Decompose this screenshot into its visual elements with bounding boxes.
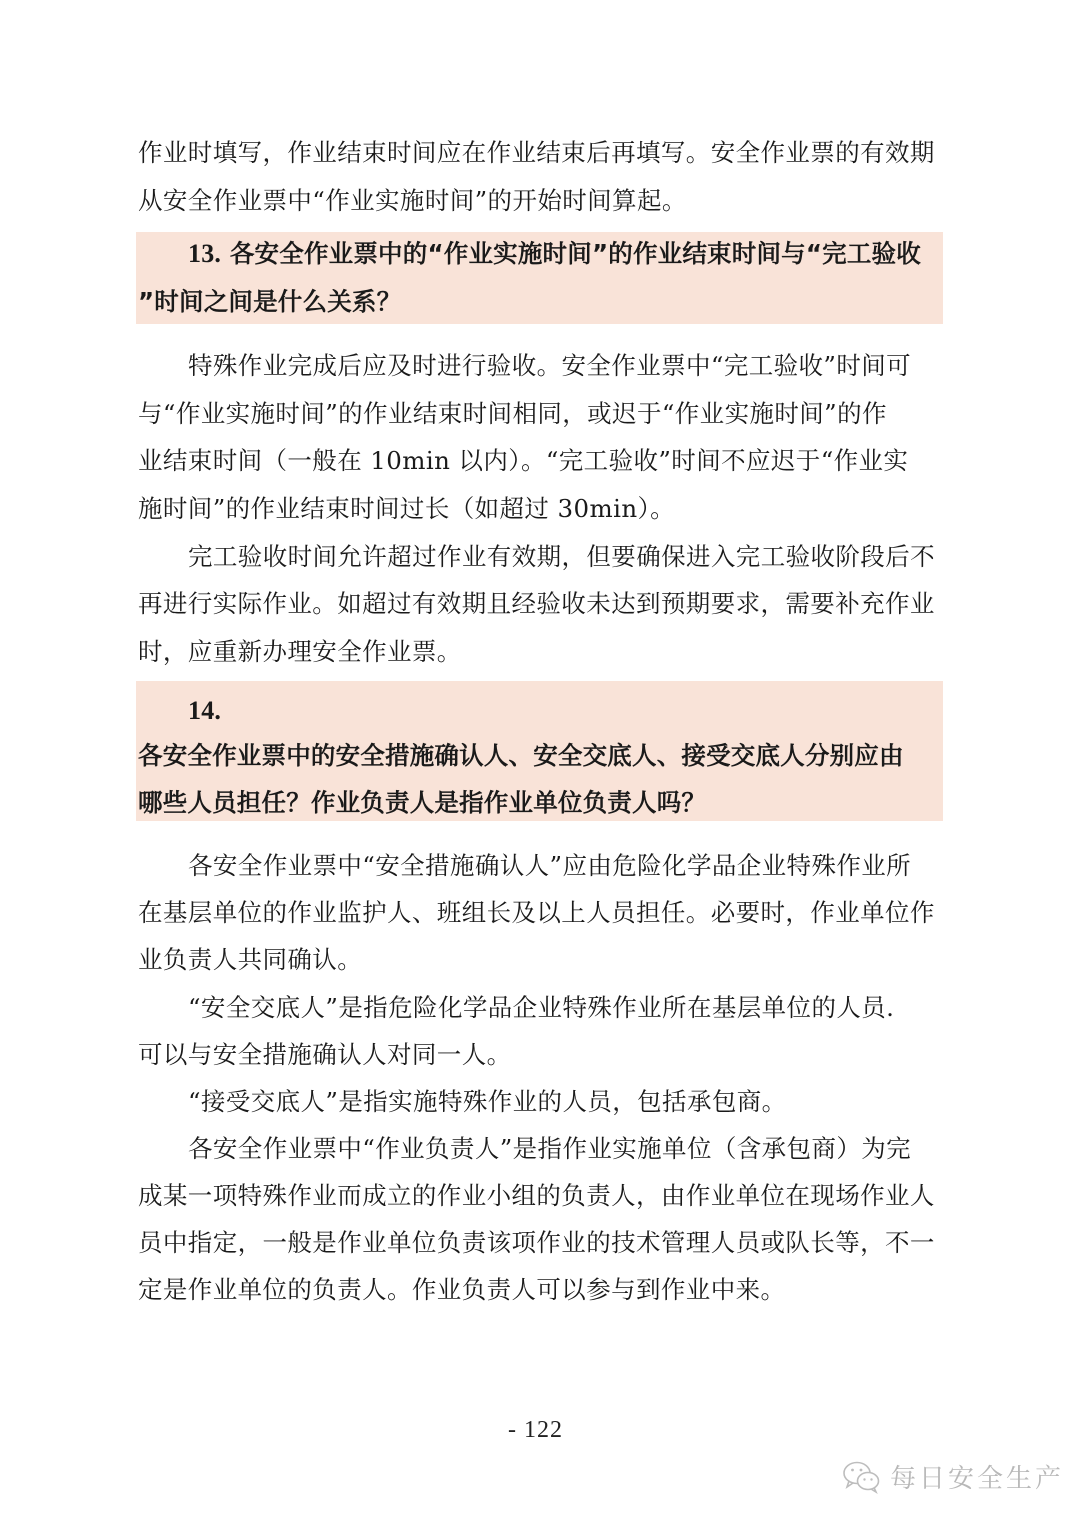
body-text-line: 从安全作业票中“作业实施时间”的开始时间算起。: [138, 177, 944, 225]
answer-13-p2-line: 再进行实际作业。如超过有效期且经验收未达到预期要求，需要补充作业: [138, 580, 944, 628]
question-13-text: 各安全作业票中的“作业实施时间”的作业结束时间与“完工验收: [230, 239, 921, 268]
answer-13-p2-line: 完工验收时间允许超过作业有效期，但要确保进入完工验收阶段后不: [188, 533, 944, 581]
answer-13-p1-line: 特殊作业完成后应及时进行验收。安全作业票中“完工验收”时间可: [188, 342, 944, 390]
answer-14-p3-line: “接受交底人”是指实施特殊作业的人员，包括承包商。: [188, 1078, 944, 1126]
answer-14-p4-line: 员中指定，一般是作业单位负责该项作业的技术管理人员或队长等，不一: [138, 1219, 944, 1267]
answer-13-p1-line: 施时间”的作业结束时间过长（如超过 30min）。: [138, 485, 944, 533]
answer-14-p1-line: 业负责人共同确认。: [138, 936, 944, 984]
question-13-line-1: 13. 各安全作业票中的“作业实施时间”的作业结束时间与“完工验收: [188, 230, 921, 278]
answer-14-p4-line: 定是作业单位的负责人。作业负责人可以参与到作业中来。: [138, 1266, 944, 1314]
answer-14-p2-line: “安全交底人”是指危险化学品企业特殊作业所在基层单位的人员.: [188, 984, 944, 1032]
question-14-box: 14. 各安全作业票中的安全措施确认人、安全交底人、接受交底人分别应由 哪些人员…: [136, 681, 943, 821]
question-14-line-2: 哪些人员担任？作业负责人是指作业单位负责人吗？: [138, 779, 706, 827]
question-13-number: 13.: [188, 239, 221, 268]
answer-13-p2-line: 时，应重新办理安全作业票。: [138, 628, 944, 676]
page-number: - 122: [508, 1417, 563, 1444]
watermark: 每日安全生产: [842, 1458, 1064, 1495]
answer-14-p2-line: 可以与安全措施确认人对同一人。: [138, 1031, 944, 1079]
watermark-text: 每日安全生产: [890, 1458, 1064, 1495]
question-13-box: 13. 各安全作业票中的“作业实施时间”的作业结束时间与“完工验收 ”时间之间是…: [136, 232, 943, 324]
question-13-line-2: ”时间之间是什么关系？: [138, 278, 401, 326]
answer-14-p4-line: 各安全作业票中“作业负责人”是指作业实施单位（含承包商）为完: [188, 1125, 944, 1173]
body-text-line: 作业时填写，作业结束时间应在作业结束后再填写。安全作业票的有效期: [138, 129, 944, 177]
wechat-icon: [842, 1460, 882, 1494]
answer-14-p1-line: 在基层单位的作业监护人、班组长及以上人员担任。必要时，作业单位作: [138, 889, 944, 937]
question-14-line-1: 各安全作业票中的安全措施确认人、安全交底人、接受交底人分别应由: [138, 732, 904, 780]
answer-13-p1-line: 与“作业实施时间”的作业结束时间相同，或迟于“作业实施时间”的作: [138, 390, 944, 438]
document-page: 作业时填写，作业结束时间应在作业结束后再填写。安全作业票的有效期 从安全作业票中…: [0, 0, 1080, 1528]
answer-14-p1-line: 各安全作业票中“安全措施确认人”应由危险化学品企业特殊作业所: [188, 842, 944, 890]
answer-14-p4-line: 成某一项特殊作业而成立的作业小组的负责人，由作业单位在现场作业人: [138, 1172, 944, 1220]
question-14-number: 14.: [188, 687, 221, 735]
answer-13-p1-line: 业结束时间（一般在 10min 以内）。“完工验收”时间不应迟于“作业实: [138, 437, 944, 485]
